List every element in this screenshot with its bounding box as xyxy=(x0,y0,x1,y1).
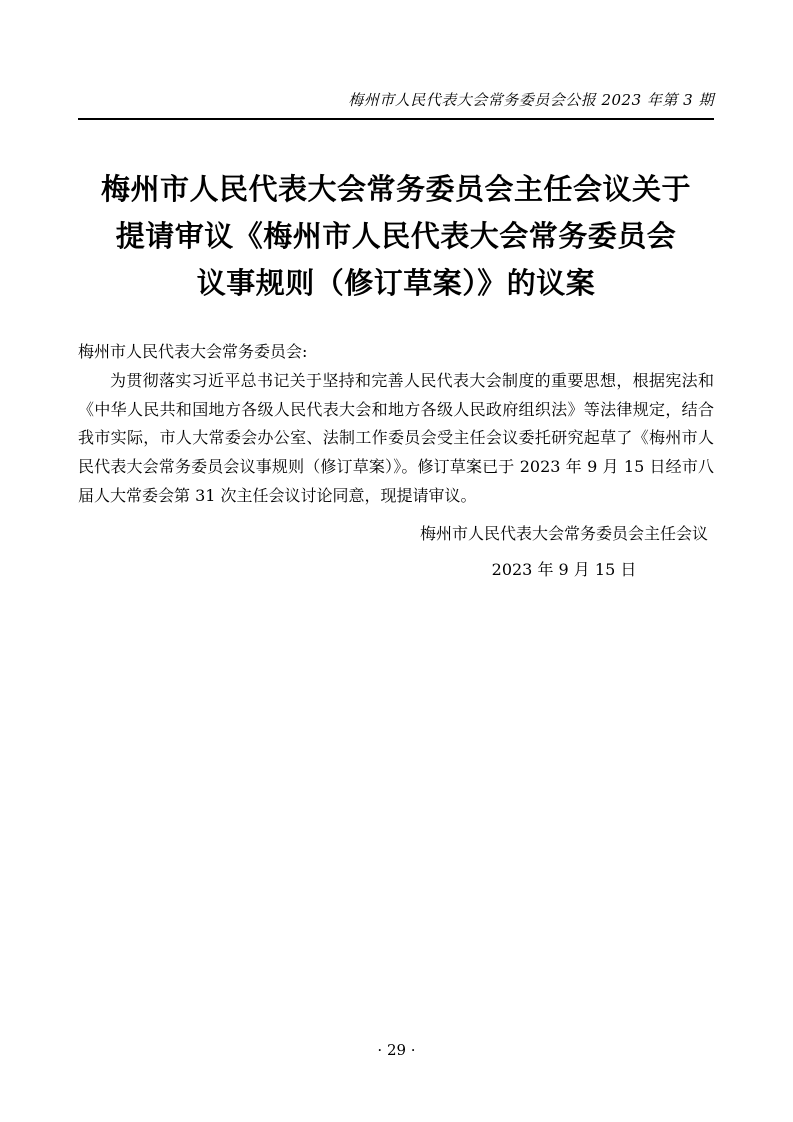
signature: 梅州市人民代表大会常务委员会主任会议 2023 年 9 月 15 日 xyxy=(420,516,708,588)
bulletin-header-text: 梅州市人民代表大会常务委员会公报 2023 年第 3 期 xyxy=(348,91,714,109)
title-line-3: 议事规则（修订草案）》的议案 xyxy=(78,260,714,307)
signature-date: 2023 年 9 月 15 日 xyxy=(420,552,708,588)
signature-block: 梅州市人民代表大会常务委员会主任会议 2023 年 9 月 15 日 xyxy=(78,516,714,588)
salutation-line: 梅州市人民代表大会常务委员会: xyxy=(78,338,714,367)
document-title: 梅州市人民代表大会常务委员会主任会议关于 提请审议《梅州市人民代表大会常务委员会… xyxy=(78,166,714,307)
content-area: 梅州市人民代表大会常务委员会公报 2023 年第 3 期 梅州市人民代表大会常务… xyxy=(78,0,714,588)
page-footer: · 29 · xyxy=(0,1043,793,1058)
document-body: 梅州市人民代表大会常务委员会: 为贯彻落实习近平总书记关于坚持和完善人民代表大会… xyxy=(78,338,714,511)
title-line-1: 梅州市人民代表大会常务委员会主任会议关于 xyxy=(78,166,714,213)
document-page: 梅州市人民代表大会常务委员会公报 2023 年第 3 期 梅州市人民代表大会常务… xyxy=(0,0,793,1122)
page-number: · 29 · xyxy=(377,1041,415,1059)
title-line-2: 提请审议《梅州市人民代表大会常务委员会 xyxy=(78,213,714,260)
signature-name: 梅州市人民代表大会常务委员会主任会议 xyxy=(420,516,708,552)
body-paragraph: 为贯彻落实习近平总书记关于坚持和完善人民代表大会制度的重要思想，根据宪法和《中华… xyxy=(78,367,714,511)
page-header: 梅州市人民代表大会常务委员会公报 2023 年第 3 期 xyxy=(78,0,714,120)
